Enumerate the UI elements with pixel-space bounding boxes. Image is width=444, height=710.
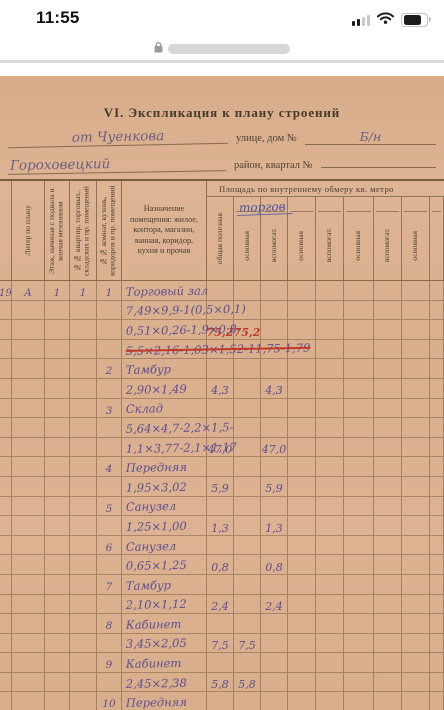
- header-purpose-label: Назначение помещения: жилое, контора, ма…: [122, 201, 206, 260]
- area-annotation-handwritten: торгов: [237, 199, 292, 216]
- cell-purpose-handwritten: Тамбур: [122, 363, 171, 378]
- district-line: Гороховецкий район, квартал №: [8, 153, 436, 173]
- cell-empty: [316, 418, 344, 438]
- cell-area-total: 5,9: [211, 482, 229, 495]
- cell-purpose-handwritten: 1,1×3,77-2,1×1,17: [122, 441, 237, 457]
- cell-empty: [374, 281, 402, 301]
- cell-empty: [430, 438, 444, 458]
- house-number-handwritten: Б/н: [305, 129, 436, 145]
- table-row: 2,45×2,38 5,8 5,8: [0, 673, 444, 693]
- cell-empty: [316, 692, 344, 710]
- cell-empty: [288, 536, 316, 556]
- cell-purpose-handwritten: 7,49×9,9-1(0,5×0,1): [122, 303, 246, 319]
- subcol-label: вспомогат.: [325, 228, 334, 262]
- table-row: 6 Санузел: [0, 536, 444, 556]
- cell-purpose-handwritten: 2,90×1,49: [122, 383, 187, 398]
- cell-empty: [344, 320, 374, 340]
- table-row: 9 Кабинет: [0, 653, 444, 673]
- header-floor: Этаж, начиная с подвала и кончая мезонин…: [45, 181, 70, 281]
- cell-empty: [374, 634, 402, 654]
- subcol-total-label: общая полезная: [216, 213, 225, 264]
- cell-empty: [316, 614, 344, 634]
- cell-empty: [430, 340, 444, 360]
- cell-empty: [288, 497, 316, 517]
- table-row: 2,90×1,49 4,3 4,3: [0, 379, 444, 399]
- phone-screen: 11:55 VI. Экспликация к плану строен: [0, 0, 444, 710]
- cell-purpose-handwritten: 5,5×2,16-1,03×1,52-11,75-1,79: [122, 341, 311, 358]
- cell-empty: [402, 673, 430, 693]
- cell-purpose-handwritten: Тамбур: [122, 579, 171, 594]
- header-floor-label: Этаж, начиная с подвала и кончая мезонин…: [48, 183, 65, 279]
- cell-empty: [316, 477, 344, 497]
- subcol-header: основная: [288, 197, 316, 280]
- cell-empty: [316, 516, 344, 536]
- table-row: 7,49×9,9-1(0,5×0,1): [0, 301, 444, 321]
- cell-empty: [344, 340, 374, 360]
- cell-empty: [288, 320, 316, 340]
- table-row: 7 Тамбур: [0, 575, 444, 595]
- cell-empty: [402, 614, 430, 634]
- cell-empty: [374, 418, 402, 438]
- table-row: 0,65×1,25 0,8 0,8: [0, 555, 444, 575]
- cell-empty: [288, 301, 316, 321]
- cell-empty: [402, 653, 430, 673]
- cell-empty: [402, 457, 430, 477]
- cell-empty: [430, 399, 444, 419]
- cell-floor: 1: [54, 287, 61, 300]
- cell-empty: [288, 653, 316, 673]
- cell-empty: [288, 399, 316, 419]
- cell-empty: [344, 399, 374, 419]
- cell-empty: [402, 320, 430, 340]
- cell-empty: [316, 536, 344, 556]
- cell-room-number: 2: [106, 365, 113, 378]
- subcol-header: вспомогат.: [374, 197, 402, 280]
- cell-empty: [374, 320, 402, 340]
- header-apartments-label: №№ квартир, торговых, складских и пр. по…: [74, 183, 91, 279]
- subcol-label: основная: [243, 231, 252, 261]
- table-row: 3,45×2,05 7,5 7,5: [0, 634, 444, 654]
- cell-empty: [288, 575, 316, 595]
- cell-empty: [288, 555, 316, 575]
- subcol-label: основная: [297, 231, 306, 261]
- cell-empty: [344, 457, 374, 477]
- cell-empty: [374, 359, 402, 379]
- cell-empty: [430, 320, 444, 340]
- cell-purpose-handwritten: 2,10×1,12: [122, 598, 187, 613]
- cell-purpose-handwritten: 1,25×1,00: [122, 520, 187, 535]
- cell-empty: [316, 399, 344, 419]
- explication-table: Литер по плану Этаж, начиная с подвала и…: [0, 179, 444, 710]
- cell-empty: [344, 438, 374, 458]
- cell-empty: [344, 516, 374, 536]
- table-row: 5 Санузел: [0, 497, 444, 517]
- cell-purpose-handwritten: Торговый зал: [122, 284, 208, 299]
- cell-empty: [374, 457, 402, 477]
- cell-empty: [288, 477, 316, 497]
- cell-empty: [344, 379, 374, 399]
- table-row: 19 А 1 1 1 Торговый зал: [0, 281, 444, 301]
- document-title: VI. Экспликация к плану строений: [0, 105, 444, 121]
- cell-empty: [402, 340, 430, 360]
- cell-purpose-handwritten: 3,45×2,05: [122, 637, 187, 652]
- table-row: 10 Передняя: [0, 692, 444, 710]
- table-row: 3 Склад: [0, 399, 444, 419]
- cell-area-aux: 47,0: [262, 443, 287, 456]
- subcol-label: вспомогат.: [270, 228, 279, 262]
- cell-empty: [344, 359, 374, 379]
- cell-empty: [402, 359, 430, 379]
- district-handwritten: Гороховецкий: [8, 154, 226, 175]
- cell-room-number: 9: [106, 659, 113, 672]
- cell-purpose-handwritten: Кабинет: [122, 618, 182, 633]
- battery-icon: [401, 13, 428, 28]
- cell-empty: [344, 418, 374, 438]
- cell-empty: [288, 516, 316, 536]
- cell-area-aux: 0,8: [265, 561, 283, 574]
- cell-purpose-handwritten: Склад: [122, 403, 163, 418]
- cell-purpose-handwritten: Передняя: [122, 461, 187, 476]
- cell-empty: [430, 614, 444, 634]
- cell-empty: [288, 692, 316, 710]
- cell-purpose-handwritten: 0,51×0,26-1,9×0,8-: [122, 323, 241, 339]
- cell-empty: [430, 555, 444, 575]
- cell-empty: [374, 692, 402, 710]
- cell-empty: [374, 340, 402, 360]
- cell-purpose-handwritten: Кабинет: [122, 657, 182, 672]
- cell-purpose-handwritten: Передняя: [122, 696, 187, 710]
- cell-purpose-handwritten: Санузел: [122, 500, 177, 515]
- cell-empty: [374, 555, 402, 575]
- cell-empty: [288, 595, 316, 615]
- cell-empty: [430, 281, 444, 301]
- subcol-label: вспомогат.: [383, 228, 392, 262]
- cell-empty: [430, 634, 444, 654]
- cell-empty: [374, 379, 402, 399]
- cell-empty: [344, 595, 374, 615]
- cell-empty: [402, 379, 430, 399]
- cell-empty: [430, 536, 444, 556]
- cell-empty: [288, 634, 316, 654]
- cell-empty: [344, 536, 374, 556]
- street-handwritten: от Чуенкова: [8, 127, 228, 149]
- cell-empty: [430, 477, 444, 497]
- cell-empty: [316, 595, 344, 615]
- table-row: 5,5×2,16-1,03×1,52-11,75-1,79: [0, 340, 444, 360]
- cell-empty: [316, 301, 344, 321]
- cell-empty: [402, 575, 430, 595]
- cell-empty: [430, 516, 444, 536]
- cell-empty: [288, 359, 316, 379]
- cell-apartment: 1: [80, 287, 87, 300]
- cell-area-total: 4,3: [211, 384, 229, 397]
- cell-empty: [344, 692, 374, 710]
- cell-area-main: 7,5: [238, 639, 256, 652]
- cell-purpose-handwritten: 0,65×1,25: [122, 559, 187, 574]
- cell-empty: [402, 692, 430, 710]
- cell-empty: [344, 673, 374, 693]
- document-scan: VI. Экспликация к плану строений от Чуен…: [0, 76, 444, 710]
- cell-empty: [316, 673, 344, 693]
- cell-empty: [288, 457, 316, 477]
- cell-empty: [402, 438, 430, 458]
- cell-empty: [344, 477, 374, 497]
- cell-empty: [430, 692, 444, 710]
- cell-area-aux: 4,3: [265, 384, 283, 397]
- table-row: 1,25×1,00 1,3 1,3: [0, 516, 444, 536]
- table-row: 8 Кабинет: [0, 614, 444, 634]
- cell-empty: [288, 281, 316, 301]
- cell-room-number: 10: [102, 698, 115, 710]
- table-row: 2,10×1,12 2,4 2,4: [0, 595, 444, 615]
- cell-purpose-handwritten: 1,95×3,02: [122, 481, 187, 496]
- cell-empty: [374, 301, 402, 321]
- clock-time: 11:55: [36, 8, 80, 28]
- cell-empty: [374, 595, 402, 615]
- cell-empty: [430, 595, 444, 615]
- cell-empty: [402, 281, 430, 301]
- page-top-divider: [0, 60, 444, 63]
- cell-area-aux: 1,3: [265, 522, 283, 535]
- cell-empty: [430, 301, 444, 321]
- cell-empty: [344, 614, 374, 634]
- street-label: улице, дом №: [228, 133, 305, 144]
- header-rooms-label: №№ комнат, кухонь, коридоров и пр. помещ…: [100, 183, 117, 279]
- cell-empty: [316, 320, 344, 340]
- cell-empty: [344, 653, 374, 673]
- cell-area-aux: 2,4: [265, 600, 283, 613]
- cell-liter: А: [24, 287, 32, 300]
- cell-empty: [288, 418, 316, 438]
- cell-empty: [344, 301, 374, 321]
- header-area-group: Площадь по внутреннему обмеру кв. метро …: [207, 181, 444, 281]
- area-group-title: Площадь по внутреннему обмеру кв. метро: [207, 181, 444, 197]
- lock-icon: [154, 40, 163, 58]
- cell-empty: [402, 418, 430, 438]
- table-row: 5,64×4,7-2,2×1,5-: [0, 418, 444, 438]
- table-row: 1,1×3,77-2,1×1,17 47,0 47,0: [0, 438, 444, 458]
- cell-empty: [374, 614, 402, 634]
- header-gutter: [0, 181, 12, 281]
- cell-area-total: 1,3: [211, 522, 229, 535]
- cell-empty: [374, 536, 402, 556]
- cell-room-number: 4: [106, 463, 113, 476]
- cell-empty: [430, 379, 444, 399]
- cell-empty: [374, 673, 402, 693]
- cell-empty: [288, 438, 316, 458]
- header-liter: Литер по плану: [12, 181, 45, 281]
- cell-empty: [430, 457, 444, 477]
- cell-area-total: 0,8: [211, 561, 229, 574]
- cell-empty: [430, 673, 444, 693]
- cell-empty: [316, 653, 344, 673]
- cell-empty: [316, 281, 344, 301]
- cell-empty: [402, 555, 430, 575]
- cell-purpose-handwritten: 2,45×2,38: [122, 677, 187, 692]
- cell-empty: [344, 281, 374, 301]
- cell-empty: [316, 340, 344, 360]
- cell-empty: [430, 497, 444, 517]
- cell-empty: [374, 516, 402, 536]
- cell-empty: [316, 438, 344, 458]
- cell-empty: [430, 575, 444, 595]
- header-apartments: №№ квартир, торговых, складских и пр. по…: [70, 181, 97, 281]
- subcol-cut: [430, 197, 444, 280]
- cell-empty: [374, 653, 402, 673]
- cell-area-total: 2,4: [211, 600, 229, 613]
- cell-empty: [430, 418, 444, 438]
- cell-empty: [288, 673, 316, 693]
- subcol-label: основная: [411, 231, 420, 261]
- cell-empty: [402, 301, 430, 321]
- cell-room-number: 5: [106, 503, 113, 516]
- cell-empty: [402, 634, 430, 654]
- cell-empty: [288, 379, 316, 399]
- cell-empty: [374, 477, 402, 497]
- cell-empty: [288, 614, 316, 634]
- subcol-total: общая полезная: [207, 197, 234, 280]
- header-purpose: Назначение помещения: жилое, контора, ма…: [122, 181, 207, 281]
- cell-empty: [402, 399, 430, 419]
- street-line: от Чуенкова улице, дом № Б/н: [8, 129, 436, 146]
- subcol-header: основная: [402, 197, 430, 280]
- cell-empty: [344, 497, 374, 517]
- table-body: 19 А 1 1 1 Торговый зал: [0, 281, 444, 710]
- header-rooms: №№ комнат, кухонь, коридоров и пр. помещ…: [97, 181, 122, 281]
- cell-gutter: 19: [0, 287, 12, 300]
- cell-empty: [402, 516, 430, 536]
- cell-room-number: 7: [106, 581, 113, 594]
- cell-area-main: 5,8: [238, 678, 256, 691]
- cell-area-total: 7,5: [211, 639, 229, 652]
- cell-purpose-handwritten: 5,64×4,7-2,2×1,5-: [122, 421, 234, 437]
- table-row: 1,95×3,02 5,9 5,9: [0, 477, 444, 497]
- cell-empty: [344, 575, 374, 595]
- header-liter-label: Литер по плану: [24, 205, 33, 255]
- blank-line: [321, 153, 436, 168]
- cell-empty: [316, 634, 344, 654]
- cell-empty: [344, 555, 374, 575]
- cell-room-number: 3: [106, 405, 113, 418]
- address-bar: [0, 42, 444, 56]
- cell-empty: [374, 399, 402, 419]
- cell-empty: [402, 536, 430, 556]
- table-row: 4 Передняя: [0, 457, 444, 477]
- cell-empty: [374, 438, 402, 458]
- cell-room-number: 1: [106, 287, 113, 300]
- table-row: 2 Тамбур: [0, 359, 444, 379]
- cell-empty: [402, 477, 430, 497]
- cell-empty: [374, 575, 402, 595]
- cell-room-number: 8: [106, 620, 113, 633]
- cell-empty: [316, 457, 344, 477]
- subcol-header: вспомогат.: [316, 197, 344, 280]
- cell-empty: [316, 379, 344, 399]
- cell-empty: [344, 634, 374, 654]
- cell-empty: [430, 653, 444, 673]
- cell-empty: [402, 595, 430, 615]
- district-label: район, квартал №: [226, 160, 321, 171]
- cellular-icon: [352, 15, 370, 26]
- url-field-redacted[interactable]: [168, 44, 290, 54]
- cell-purpose-handwritten: Санузел: [122, 540, 177, 555]
- cell-empty: [430, 359, 444, 379]
- cell-empty: [402, 497, 430, 517]
- status-bar: 11:55: [0, 0, 444, 36]
- cell-empty: [316, 575, 344, 595]
- table-row: 0,51×0,26-1,9×0,8- 75,2 75,2: [0, 320, 444, 340]
- cell-area-aux: 5,9: [265, 482, 283, 495]
- cell-empty: [316, 359, 344, 379]
- wifi-icon: [377, 11, 394, 29]
- cell-empty: [316, 497, 344, 517]
- cell-room-number: 6: [106, 542, 113, 555]
- cell-empty: [374, 497, 402, 517]
- subcol-header: основная: [344, 197, 374, 280]
- cell-empty: [316, 555, 344, 575]
- table-header: Литер по плану Этаж, начиная с подвала и…: [0, 181, 444, 281]
- status-icons: [352, 11, 428, 29]
- subcol-label: основная: [354, 231, 363, 261]
- cell-area-total: 5,8: [211, 678, 229, 691]
